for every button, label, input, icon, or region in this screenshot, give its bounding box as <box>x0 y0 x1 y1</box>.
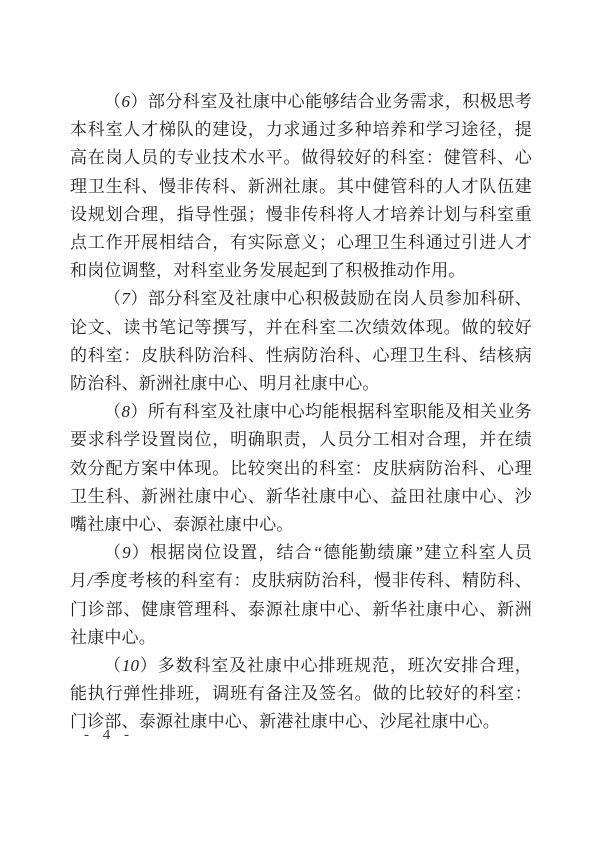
paragraph-item-7: （7）部分科室及社康中心积极鼓励在岗人员参加科研、论文、读书笔记等撰写，并在科室… <box>70 285 532 398</box>
paragraph-item-6: （6）部分科室及社康中心能够结合业务需求，积极思考本科室人才梯队的建设，力求通过… <box>70 88 532 285</box>
paragraph-item-10: （10）多数科室及社康中心排班规范，班次安排合理，能执行弹性排班，调班有备注及签… <box>70 652 532 737</box>
page-number: - 4 - <box>84 727 134 744</box>
document-page: （6）部分科室及社康中心能够结合业务需求，积极思考本科室人才梯队的建设，力求通过… <box>0 0 600 850</box>
paragraph-item-9: （9）根据岗位设置，结合“德能勤绩廉”建立科室人员月/季度考核的科室有：皮肤病防… <box>70 539 532 652</box>
document-body: （6）部分科室及社康中心能够结合业务需求，积极思考本科室人才梯队的建设，力求通过… <box>70 88 532 737</box>
paragraph-item-8: （8）所有科室及社康中心均能根据科室职能及相关业务要求科学设置岗位，明确职责，人… <box>70 398 532 539</box>
